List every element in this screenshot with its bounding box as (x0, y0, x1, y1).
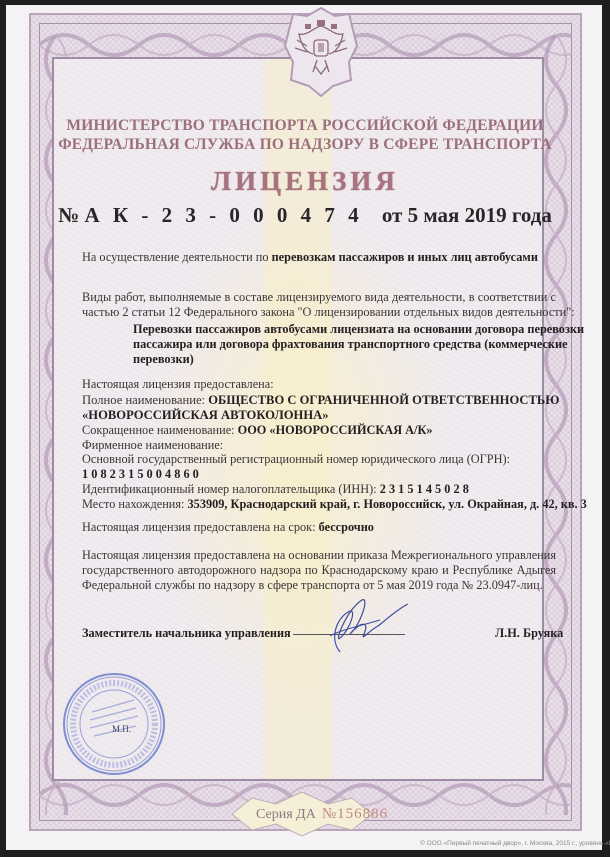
signer-name: Л.Н. Бруяка (495, 626, 563, 641)
term-value: бессрочно (319, 520, 374, 534)
license-number-line: № А К - 2 3 - 0 0 0 4 7 4 от 5 мая 2019 … (0, 203, 610, 228)
granted-to-label: Настоящая лицензия предоставлена: (82, 377, 274, 392)
works-value-line3: перевозки) (133, 352, 194, 367)
inn-label: Идентификационный номер налогоплательщик… (82, 482, 377, 496)
short-name-value: ООО «НОВОРОССИЙСКАЯ А/К» (238, 423, 433, 437)
document-title: ЛИЦЕНЗИЯ (0, 166, 610, 197)
license-date: от 5 мая 2019 года (382, 203, 552, 227)
printer-note: © ООО «Первый печатный двор», г. Москва,… (420, 840, 610, 847)
activity-label: На осуществление деятельности по (82, 250, 269, 264)
term-line: Настоящая лицензия предоставлена на срок… (82, 520, 374, 535)
brand-name-label: Фирменное наименование: (82, 438, 223, 453)
short-name-label: Сокращенное наименование: (82, 423, 235, 437)
license-number: А К - 2 3 - 0 0 0 4 7 4 (84, 203, 362, 227)
short-name-line: Сокращенное наименование: ООО «НОВОРОССИ… (82, 423, 433, 438)
activity-value: перевозкам пассажиров и иных лиц автобус… (272, 250, 538, 264)
address-value: 353909, Краснодарский край, г. Новоросси… (188, 497, 587, 511)
basis-line2: государственного автодорожного надзора п… (82, 563, 556, 578)
inn-value: 2 3 1 5 1 4 5 0 2 8 (380, 482, 469, 496)
works-value-line2: пассажира или договора фрахтования транс… (133, 337, 568, 352)
works-intro-line2: частью 2 статьи 12 Федерального закона "… (82, 305, 575, 320)
ogrn-label: Основной государственный регистрационный… (82, 452, 510, 467)
signature-icon (300, 590, 410, 660)
series-label: Серия ДА (256, 807, 316, 822)
full-name-value-line2: «НОВОРОССИЙСКАЯ АВТОКОЛОННА» (82, 408, 329, 423)
activity-line: На осуществление деятельности по перевоз… (82, 250, 538, 265)
full-name-line: Полное наименование: ОБЩЕСТВО С ОГРАНИЧЕ… (82, 393, 559, 408)
basis-line1: Настоящая лицензия предоставлена на осно… (82, 548, 556, 563)
stamp-label: М.П. (112, 722, 131, 737)
term-label: Настоящая лицензия предоставлена на срок… (82, 520, 316, 534)
full-name-value: ОБЩЕСТВО С ОГРАНИЧЕННОЙ ОТВЕТСТВЕННОСТЬЮ (208, 393, 559, 407)
number-sign: № (58, 203, 79, 227)
full-name-label: Полное наименование: (82, 393, 205, 407)
address-label: Место нахождения: (82, 497, 184, 511)
ministry-name: МИНИСТЕРСТВО ТРАНСПОРТА РОССИЙСКОЙ ФЕДЕР… (0, 117, 610, 135)
signer-title: Заместитель начальника управления (82, 626, 291, 641)
works-intro-line1: Виды работ, выполняемые в составе лиценз… (82, 290, 556, 305)
ogrn-value: 1 0 8 2 3 1 5 0 0 4 8 6 0 (82, 467, 199, 482)
address-line: Место нахождения: 353909, Краснодарский … (82, 497, 587, 512)
series-number: №156886 (322, 806, 388, 822)
works-value-line1: Перевозки пассажиров автобусами лицензиа… (133, 322, 584, 337)
service-name: ФЕДЕРАЛЬНАЯ СЛУЖБА ПО НАДЗОРУ В СФЕРЕ ТР… (0, 136, 610, 154)
series-line: Серия ДА№156886 (256, 806, 388, 823)
inn-line: Идентификационный номер налогоплательщик… (82, 482, 469, 497)
